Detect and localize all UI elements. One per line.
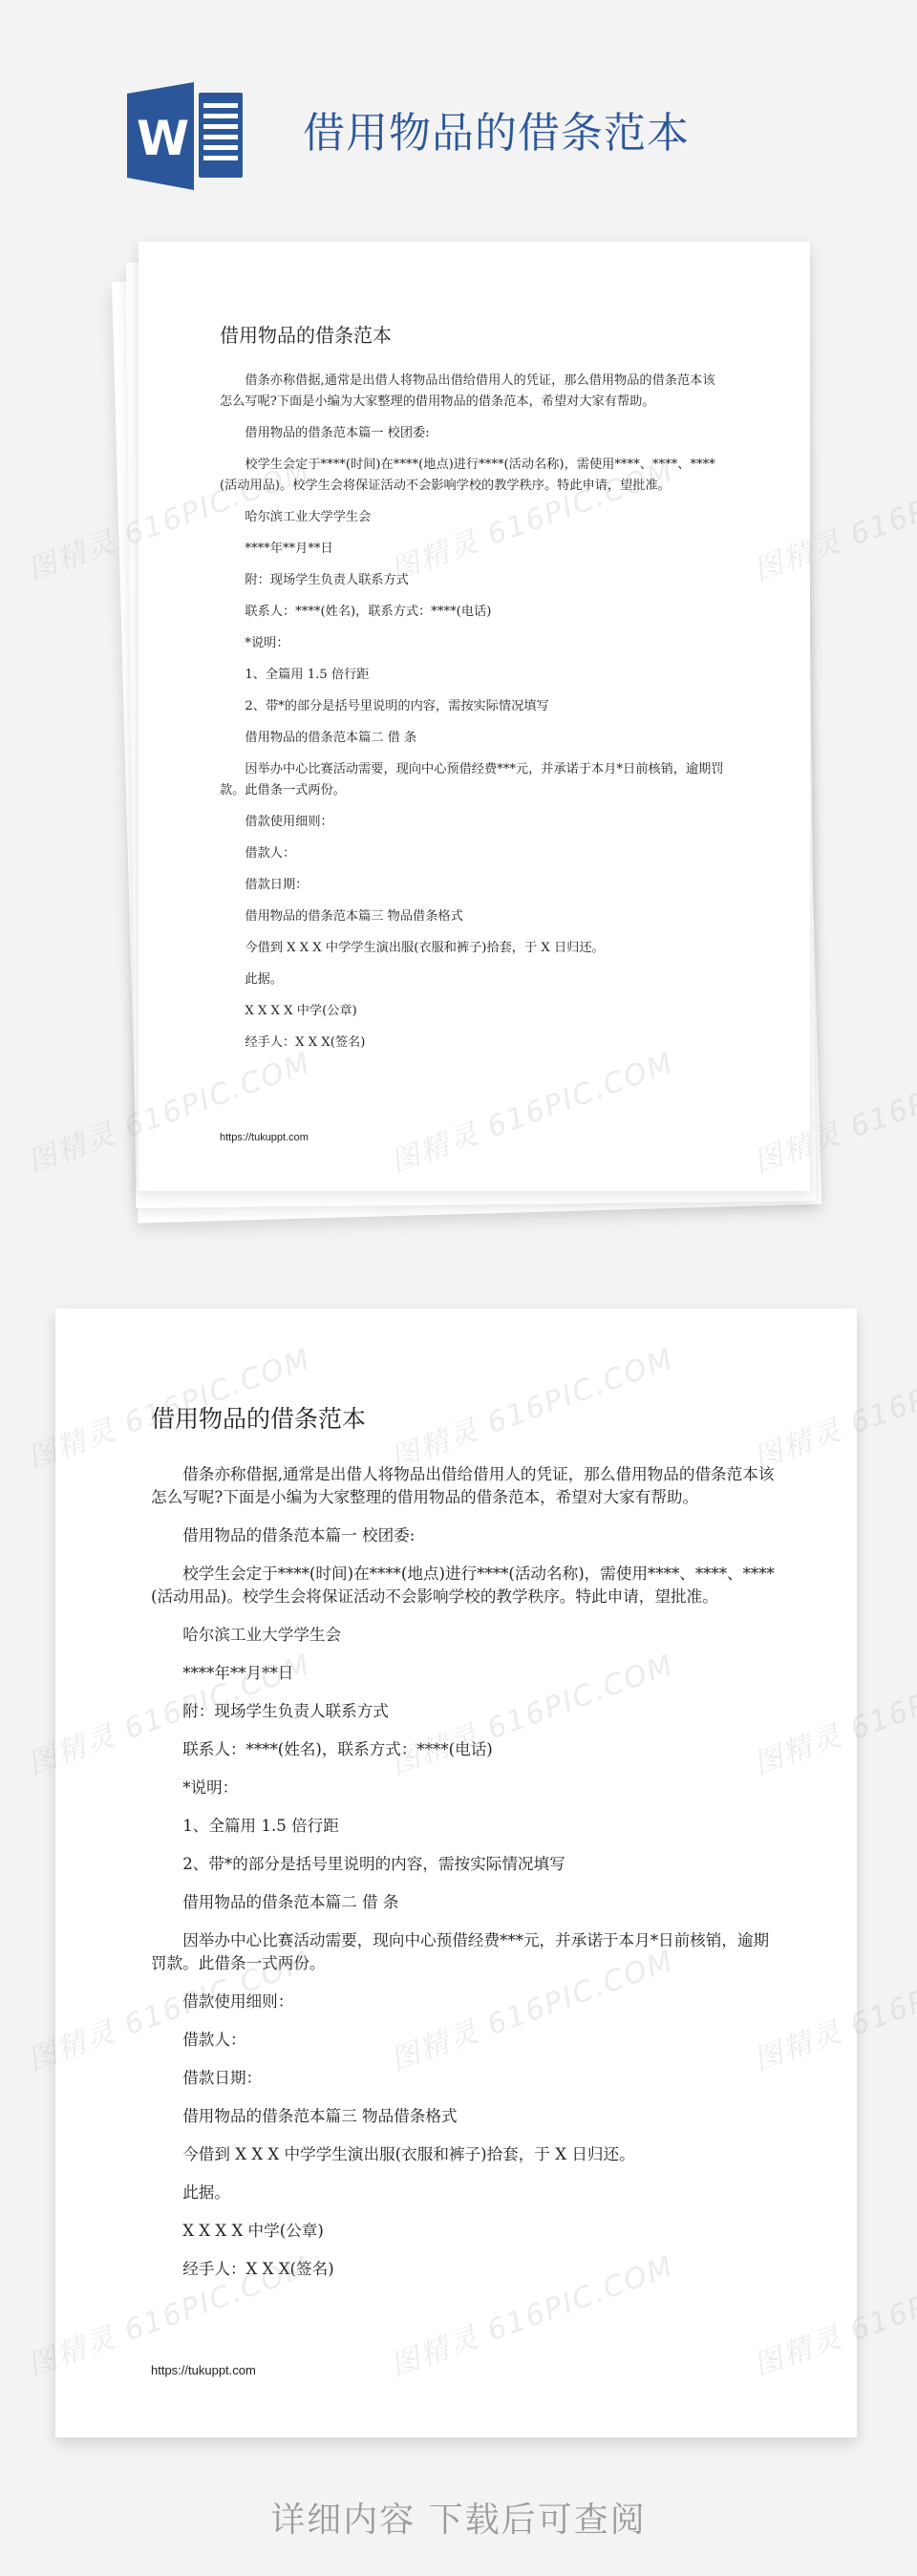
paragraph-loan-rules: 借款使用细则： xyxy=(151,1991,781,2013)
paragraph-section-one-heading: 借用物品的借条范本篇一 校团委: xyxy=(151,1524,781,1547)
paragraph-hereby: 此据。 xyxy=(151,2182,781,2204)
paragraph-section-two-heading: 借用物品的借条范本篇二 借 条 xyxy=(151,1891,781,1914)
document-preview-small: 借用物品的借条范本 借条亦称借据,通常是出借人将物品出借给借用人的凭证，那么借用… xyxy=(139,242,810,1191)
paragraph-notes-heading: *说明： xyxy=(220,633,726,654)
paragraph-date: ****年**月**日 xyxy=(220,539,726,560)
paragraph-notes-heading: *说明： xyxy=(151,1777,781,1799)
paragraph-section-three-heading: 借用物品的借条范本篇三 物品借条格式 xyxy=(151,2105,781,2128)
paragraph-contact-heading: 附：现场学生负责人联系方式 xyxy=(151,1700,781,1723)
paragraph-note-2: 2、带*的部分是括号里说明的内容，需按实际情况填写 xyxy=(220,696,726,717)
paragraph-intro: 借条亦称借据,通常是出借人将物品出借给借用人的凭证，那么借用物品的借条范本该怎么… xyxy=(220,371,726,413)
document-title: 借用物品的借条范本 xyxy=(151,1402,781,1437)
paragraph-note-2: 2、带*的部分是括号里说明的内容，需按实际情况填写 xyxy=(151,1853,781,1876)
paragraph-application: 校学生会定于****(时间)在****(地点)进行****(活动名称)，需使用*… xyxy=(151,1563,781,1608)
paragraph-loan-statement: 因举办中心比赛活动需要，现向中心预借经费***元，并承诺于本月*日前核销，逾期罚… xyxy=(220,759,726,801)
paragraph-intro: 借条亦称借据,通常是出借人将物品出借给借用人的凭证，那么借用物品的借条范本该怎么… xyxy=(151,1463,781,1509)
source-link[interactable]: https://tukuppt.com xyxy=(151,2363,256,2377)
document-body: 借用物品的借条范本 借条亦称借据,通常是出借人将物品出借给借用人的凭证，那么借用… xyxy=(220,321,726,1064)
source-link[interactable]: https://tukuppt.com xyxy=(220,1132,309,1143)
document-body: 借用物品的借条范本 借条亦称借据,通常是出借人将物品出借给借用人的凭证，那么借用… xyxy=(151,1402,781,2296)
header: W 借用物品的借条范本 xyxy=(0,0,917,229)
paragraph-handler: 经手人：X X X(签名) xyxy=(151,2258,781,2281)
paragraph-loan-date: 借款日期： xyxy=(151,2067,781,2090)
paragraph-hereby: 此据。 xyxy=(220,969,726,990)
document-title: 借用物品的借条范本 xyxy=(220,321,726,350)
paragraph-section-three-heading: 借用物品的借条范本篇三 物品借条格式 xyxy=(220,906,726,927)
svg-text:W: W xyxy=(137,111,189,166)
paragraph-note-1: 1、全篇用 1.5 倍行距 xyxy=(151,1815,781,1838)
paragraph-organization: 哈尔滨工业大学学生会 xyxy=(220,507,726,528)
paragraph-item-loan: 今借到 X X X 中学学生演出服(衣服和裤子)拾套，于 X 日归还。 xyxy=(220,938,726,959)
paragraph-item-loan: 今借到 X X X 中学学生演出服(衣服和裤子)拾套，于 X 日归还。 xyxy=(151,2143,781,2166)
paragraph-application: 校学生会定于****(时间)在****(地点)进行****(活动名称)，需使用*… xyxy=(220,455,726,497)
page-title: 借用物品的借条范本 xyxy=(303,107,690,160)
document-preview-large: 借用物品的借条范本 借条亦称借据,通常是出借人将物品出借给借用人的凭证，那么借用… xyxy=(55,1309,857,2438)
paragraph-loan-date: 借款日期： xyxy=(220,875,726,896)
paragraph-note-1: 1、全篇用 1.5 倍行距 xyxy=(220,665,726,686)
paragraph-school-seal: X X X X 中学(公章) xyxy=(151,2220,781,2243)
paragraph-loan-statement: 因举办中心比赛活动需要，现向中心预借经费***元，并承诺于本月*日前核销，逾期罚… xyxy=(151,1929,781,1975)
paragraph-contact: 联系人：****(姓名)，联系方式：****(电话) xyxy=(220,602,726,623)
paragraph-contact: 联系人：****(姓名)，联系方式：****(电话) xyxy=(151,1738,781,1761)
word-document-icon: W xyxy=(127,82,244,190)
paragraph-organization: 哈尔滨工业大学学生会 xyxy=(151,1624,781,1647)
paragraph-section-one-heading: 借用物品的借条范本篇一 校团委: xyxy=(220,423,726,444)
paragraph-handler: 经手人：X X X(签名) xyxy=(220,1033,726,1054)
paragraph-section-two-heading: 借用物品的借条范本篇二 借 条 xyxy=(220,728,726,749)
paragraph-borrower: 借款人： xyxy=(151,2029,781,2052)
paragraph-loan-rules: 借款使用细则： xyxy=(220,812,726,833)
paragraph-date: ****年**月**日 xyxy=(151,1662,781,1685)
paragraph-contact-heading: 附：现场学生负责人联系方式 xyxy=(220,570,726,591)
download-hint: 详细内容 下载后可查阅 xyxy=(0,2498,917,2544)
paragraph-school-seal: X X X X 中学(公章) xyxy=(220,1001,726,1022)
paragraph-borrower: 借款人： xyxy=(220,843,726,864)
